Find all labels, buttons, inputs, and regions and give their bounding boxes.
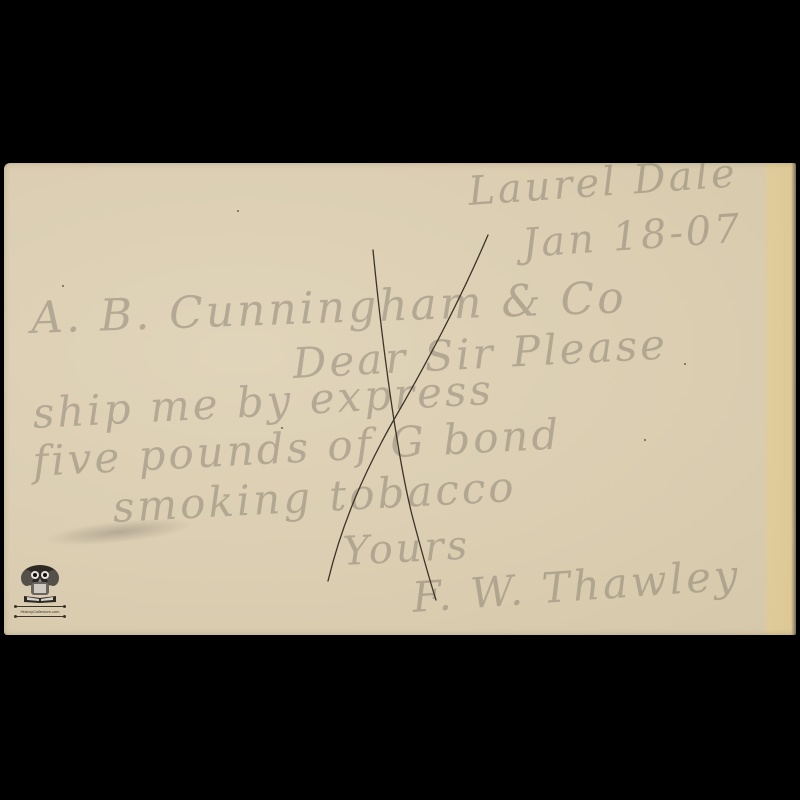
- watermark-divider: [15, 616, 65, 617]
- watermark-divider: [15, 606, 65, 607]
- watermark: HistoryCollectors.com: [12, 562, 68, 626]
- postcard: Laurel Dale Jan 18-07 A. B. Cunningham &…: [4, 163, 796, 635]
- cross-mark-icon: [4, 163, 796, 635]
- owl-icon: [18, 562, 62, 604]
- watermark-text: HistoryCollectors.com: [21, 609, 60, 614]
- photo-stage: Laurel Dale Jan 18-07 A. B. Cunningham &…: [0, 0, 800, 800]
